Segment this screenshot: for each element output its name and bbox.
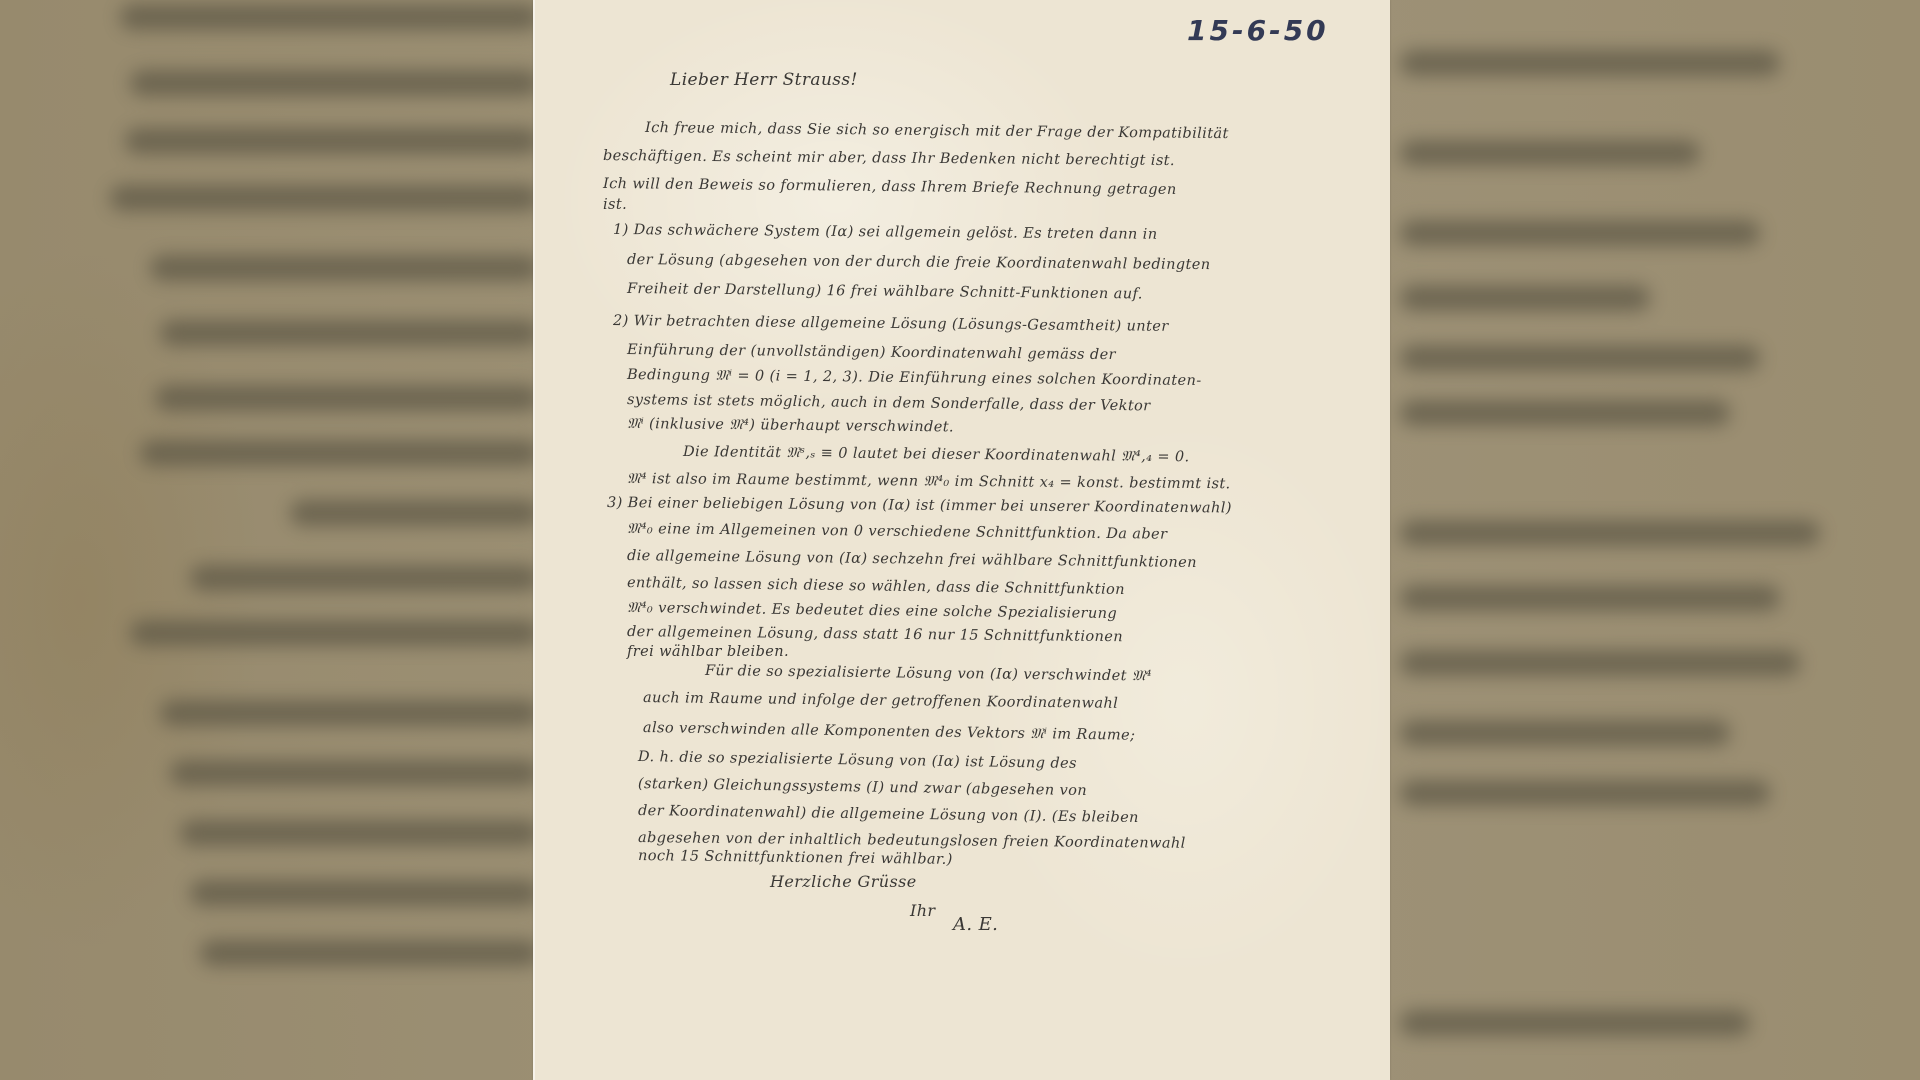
letter-page: 15-6-50 Lieber Herr Strauss! Ich freue m…	[533, 0, 1390, 1080]
letter-line: D. h. die so spezialisierte Lösung von (…	[638, 749, 1077, 772]
letter-line: Ich will den Beweis so formulieren, dass…	[603, 176, 1177, 198]
signature: A. E.	[953, 914, 998, 935]
letter-date: 15-6-50	[1187, 14, 1329, 47]
letter-line: beschäftigen. Es scheint mir aber, dass …	[603, 148, 1175, 169]
letter-line: die allgemeine Lösung von (Iα) sechzehn …	[627, 548, 1197, 571]
letter-line: 𝔐⁴ ist also im Raume bestimmt, wenn 𝔐⁴₀ …	[627, 471, 1231, 492]
letter-line: 3) Bei einer beliebigen Lösung von (Iα) …	[607, 495, 1232, 516]
letter-line: 𝔐⁴₀ eine im Allgemeinen von 0 verschiede…	[627, 521, 1168, 543]
closing: Herzliche Grüsse	[770, 872, 917, 891]
letter-line: also verschwinden alle Komponenten des V…	[643, 720, 1136, 744]
letter-line: 𝔐⁴₀ verschwindet. Es bedeutet dies eine …	[627, 600, 1117, 622]
letter-line: Freiheit der Darstellung) 16 frei wählba…	[627, 281, 1143, 302]
letter-line: Bedingung 𝔐ⁱ = 0 (i = 1, 2, 3). Die Einf…	[627, 367, 1202, 389]
letter-line: der allgemeinen Lösung, dass statt 16 nu…	[627, 624, 1123, 645]
letter-line: Für die so spezialisierte Lösung von (Iα…	[705, 663, 1152, 684]
letter-line: auch im Raume und infolge der getroffene…	[643, 690, 1118, 712]
salutation: Lieber Herr Strauss!	[670, 70, 858, 90]
letter-line: noch 15 Schnittfunktionen frei wählbar.)	[638, 848, 953, 868]
letter-line: enthält, so lassen sich diese so wählen,…	[627, 575, 1125, 598]
letter-line: (starken) Gleichungssystems (I) und zwar…	[638, 776, 1087, 799]
letter-line: ist.	[603, 197, 627, 213]
letter-line: Die Identität 𝔐ˢ,ₛ ≡ 0 lautet bei dieser…	[683, 444, 1190, 465]
letter-line: 1) Das schwächere System (Iα) sei allgem…	[613, 222, 1158, 243]
signature-prefix: Ihr	[910, 901, 935, 920]
letter-line: der Koordinatenwahl) die allgemeine Lösu…	[638, 803, 1139, 826]
letter-line: systems ist stets möglich, auch in dem S…	[627, 392, 1151, 414]
letter-line: frei wählbar bleiben.	[627, 644, 789, 660]
letter-line: 2) Wir betrachten diese allgemeine Lösun…	[613, 313, 1169, 335]
letter-line: 𝔐ⁱ (inklusive 𝔐⁴) überhaupt verschwindet…	[627, 416, 954, 435]
letter-line: Ich freue mich, dass Sie sich so energis…	[645, 120, 1229, 142]
letter-line: der Lösung (abgesehen von der durch die …	[627, 252, 1211, 273]
letter-line: Einführung der (unvollständigen) Koordin…	[627, 342, 1116, 363]
